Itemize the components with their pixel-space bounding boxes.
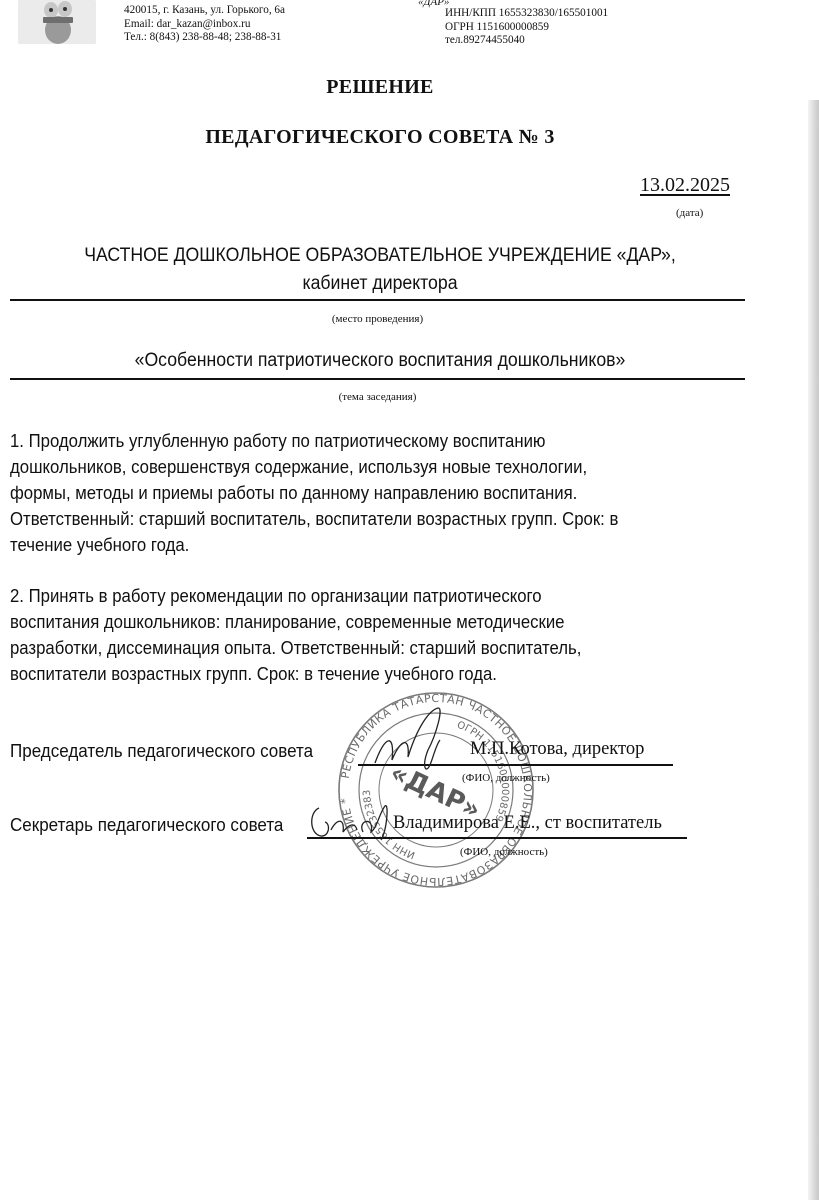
meeting-place-room: кабинет директора [36,273,724,295]
decision-line: 1. Продолжить углубленную работу по патр… [10,428,734,454]
decision-line: воспитатели возрастных групп. Срок: в те… [10,661,734,687]
address: 420015, г. Казань, ул. Горького, 6а [124,4,285,18]
inn-kpp: ИНН/КПП 1655323830/165501001 [445,7,608,21]
phone: Тел.: 8(843) 238-88-48; 238-88-31 [124,31,285,45]
document-subtitle: ПЕДАГОГИЧЕСКОГО СОВЕТА № 3 [0,126,760,149]
chair-caption: (ФИО, должность) [462,772,550,784]
date-caption: (дата) [676,207,703,219]
decision-line: воспитания дошкольников: планирование, с… [10,609,734,635]
decision-line: Ответственный: старший воспитатель, восп… [10,506,734,532]
place-caption: (место проведения) [10,313,745,325]
decision-item-2: 2. Принять в работу рекомендации по орга… [10,583,810,687]
topic-underline [10,378,745,380]
decision-line: разработки, диссеминация опыта. Ответств… [10,635,734,661]
place-underline [10,299,745,301]
email: Email: dar_kazan@inbox.ru [124,18,285,32]
organization-logo-icon [18,0,96,44]
chair-name: М.П.Котова, директор [470,739,644,760]
decision-item-1: 1. Продолжить углубленную работу по патр… [10,428,810,558]
secretary-name: Владимирова Е.Е., ст воспитатель [393,813,662,834]
decision-line: формы, методы и приемы работы по данному… [10,480,734,506]
meeting-place-org: ЧАСТНОЕ ДОШКОЛЬНОЕ ОБРАЗОВАТЕЛЬНОЕ УЧРЕЖ… [36,245,724,267]
secretary-label: Секретарь педагогического совета [10,814,283,836]
decision-line: течение учебного года. [10,532,734,558]
chair-label: Председатель педагогического совета [10,740,313,762]
topic-caption: (тема заседания) [10,391,745,403]
organization-requisites: ИНН/КПП 1655323830/165501001 ОГРН 115160… [445,7,608,48]
secretary-caption: (ФИО, должность) [460,846,548,858]
secretary-handwritten-signature-icon [305,800,400,845]
meeting-topic: «Особенности патриотического воспитания … [36,350,724,372]
meeting-date: 13.02.2025 [640,174,730,197]
document-title: РЕШЕНИЕ [0,76,760,99]
ogrn: ОГРН 1151600000859 [445,21,608,35]
requisites-phone: тел.89274455040 [445,34,608,48]
chair-handwritten-signature-icon [370,705,470,780]
decision-line: 2. Принять в работу рекомендации по орга… [10,583,734,609]
decision-line: дошкольников, совершенствуя содержание, … [10,454,734,480]
organization-contacts: 420015, г. Казань, ул. Горького, 6а Emai… [124,4,285,45]
